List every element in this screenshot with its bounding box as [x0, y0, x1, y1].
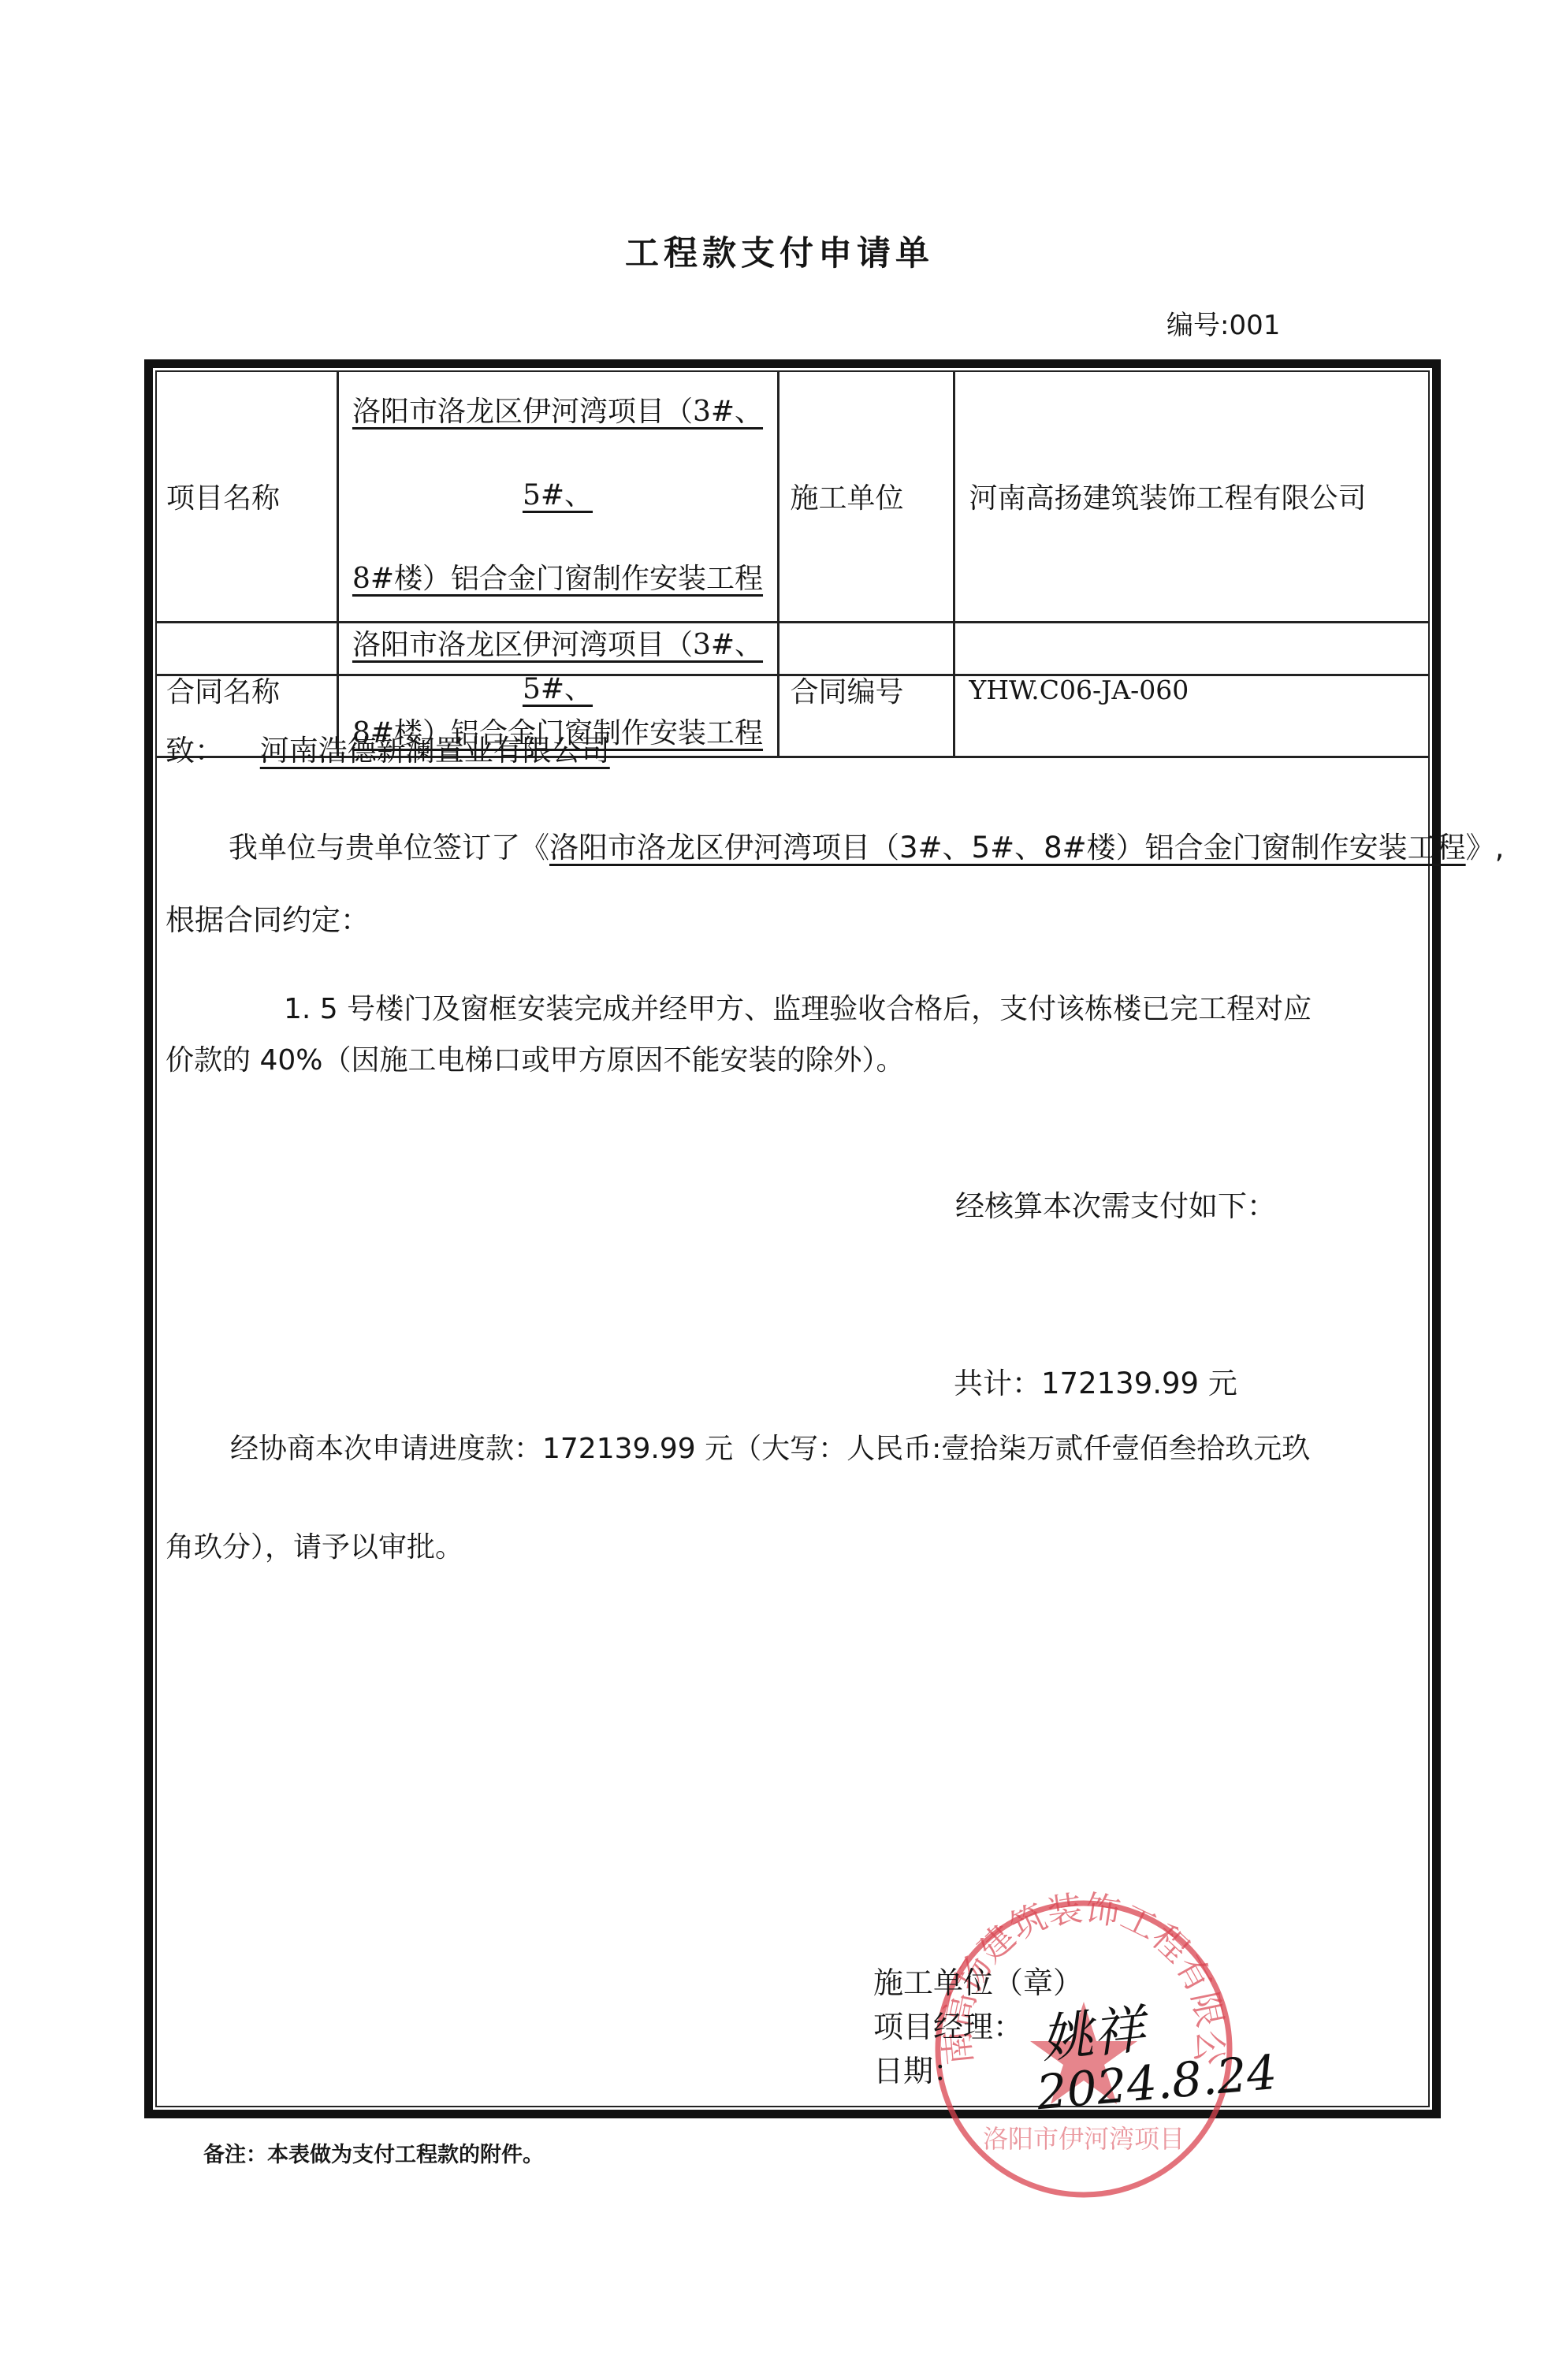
payment-clause-line-2: 价款的 40%（因施工电梯口或甲方原因不能安装的除外）。: [166, 1038, 904, 1078]
info-row-project: 项目名称 洛阳市洛龙区伊河湾项目（3#、5#、 8#楼）铝合金门窗制作安装工程 …: [155, 370, 1429, 623]
contract-statement-prefix: 我单位与贵单位签订了《: [229, 831, 549, 865]
document-number-value: 001: [1229, 310, 1280, 341]
info-table: 项目名称 洛阳市洛龙区伊河湾项目（3#、5#、 8#楼）铝合金门窗制作安装工程 …: [155, 370, 1429, 758]
total-line: 共计：172139.99 元: [954, 1359, 1237, 1402]
contract-statement-suffix: 》,: [1466, 831, 1505, 865]
project-name-line-2: 8#楼）铝合金门窗制作安装工程: [352, 563, 763, 595]
request-line-1: 经协商本次申请进度款：172139.99 元（大写：人民币:壹拾柒万贰仟壹佰叁拾…: [230, 1426, 1310, 1467]
request-line-2: 角玖分），请予以审批。: [166, 1525, 463, 1565]
document-number: 编号:001: [1166, 303, 1280, 342]
footer-note: 备注：本表做为支付工程款的附件。: [203, 2137, 544, 2168]
document-number-label: 编号:: [1166, 310, 1229, 341]
contractor-value: 河南高扬建筑装饰工程有限公司: [954, 370, 1429, 623]
contract-statement-title: 洛阳市洛龙区伊河湾项目（3#、5#、8#楼）铝合金门窗制作安装工程: [549, 831, 1466, 865]
document-title: 工程款支付申请单: [0, 227, 1559, 275]
project-name-line-1: 洛阳市洛龙区伊河湾项目（3#、5#、: [352, 396, 763, 511]
project-name-value: 洛阳市洛龙区伊河湾项目（3#、5#、 8#楼）铝合金门窗制作安装工程: [337, 370, 778, 623]
recipient-company: 河南浩德新澜置业有限公司: [260, 734, 610, 768]
seal-bottom-text: 洛阳市伊河湾项目: [983, 2124, 1185, 2154]
recipient-line: 致： 河南浩德新澜置业有限公司: [166, 727, 610, 769]
contract-statement: 我单位与贵单位签订了《洛阳市洛龙区伊河湾项目（3#、5#、8#楼）铝合金门窗制作…: [229, 824, 1504, 866]
contract-number-value: YHW.C06-JA-060: [954, 623, 1429, 757]
total-unit: 元: [1208, 1367, 1237, 1400]
recipient-label: 致：: [166, 734, 224, 768]
project-name-label: 项目名称: [155, 370, 337, 623]
total-amount: 172139.99: [1041, 1367, 1199, 1400]
table-bottom-divider: [156, 674, 1429, 676]
total-label: 共计：: [954, 1367, 1041, 1400]
contract-name-line-1: 洛阳市洛龙区伊河湾项目（3#、5#、: [352, 629, 763, 705]
calculation-heading: 经核算本次需支付如下：: [955, 1182, 1276, 1225]
contract-number-label: 合同编号: [778, 623, 954, 757]
payment-clause-line-1: 1. 5 号楼门及窗框安装完成并经甲方、监理验收合格后，支付该栋楼已完工程对应: [284, 987, 1312, 1027]
contractor-label: 施工单位: [778, 370, 954, 623]
contract-basis: 根据合同约定：: [166, 896, 370, 939]
